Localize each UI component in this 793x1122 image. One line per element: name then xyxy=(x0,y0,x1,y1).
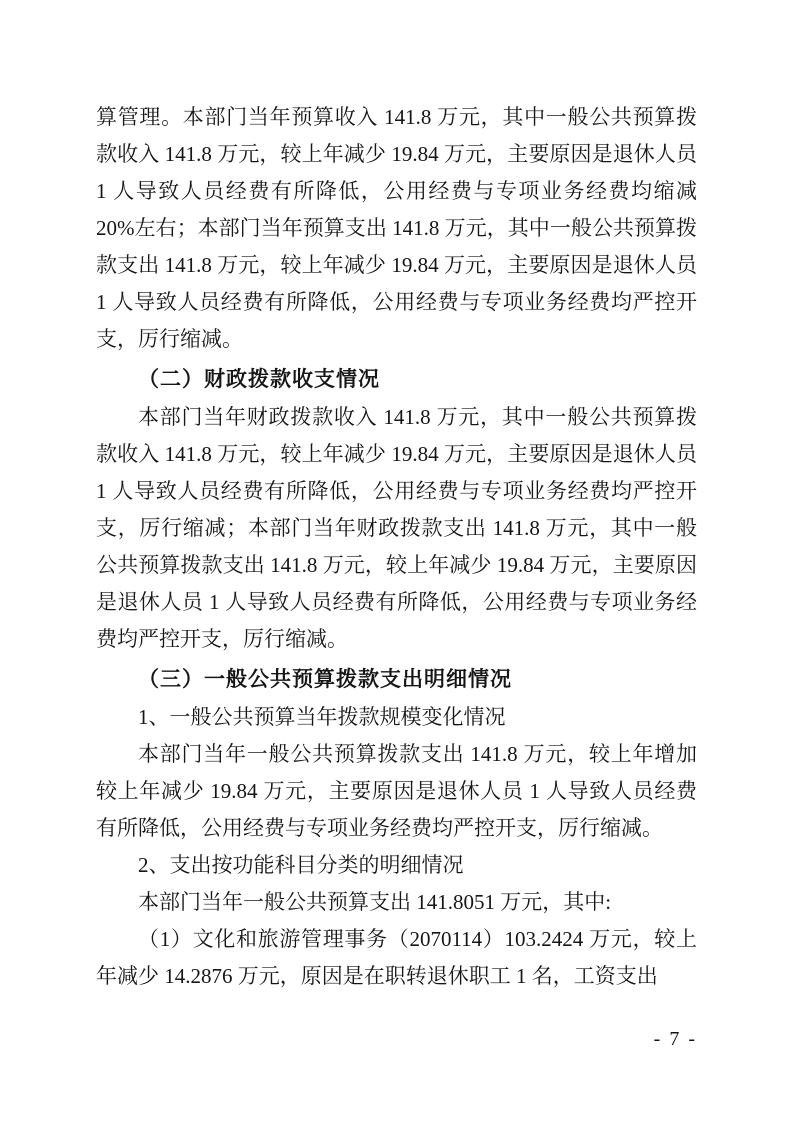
document-body: 算管理。本部门当年预算收入 141.8 万元，其中一般公共预算拨款收入 141.… xyxy=(96,99,697,995)
page-number: - 7 - xyxy=(96,1028,697,1051)
subsection-item-2: 2、支出按功能科目分类的明细情况 xyxy=(96,847,697,884)
body-paragraph: 本部门当年一般公共预算支出 141.8051 万元，其中: xyxy=(96,884,697,921)
body-paragraph: 本部门当年财政拨款收入 141.8 万元，其中一般公共预算拨款收入 141.8 … xyxy=(96,399,697,658)
section-heading-2: （二）财政拨款收支情况 xyxy=(96,361,697,398)
section-heading-3: （三）一般公共预算拨款支出明细情况 xyxy=(96,661,697,698)
body-paragraph: 本部门当年一般公共预算拨款支出 141.8 万元，较上年增加较上年减少 19.8… xyxy=(96,736,697,847)
document-page: 算管理。本部门当年预算收入 141.8 万元，其中一般公共预算拨款收入 141.… xyxy=(0,0,793,1122)
body-paragraph: （1）文化和旅游管理事务（2070114）103.2424 万元，较上年减少 1… xyxy=(96,921,697,995)
subsection-item-1: 1、一般公共预算当年拨款规模变化情况 xyxy=(96,699,697,736)
body-paragraph: 算管理。本部门当年预算收入 141.8 万元，其中一般公共预算拨款收入 141.… xyxy=(96,99,697,358)
